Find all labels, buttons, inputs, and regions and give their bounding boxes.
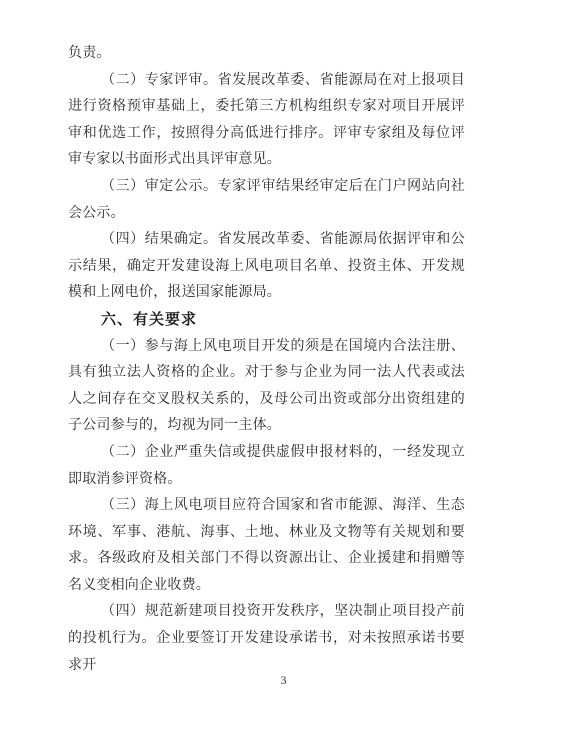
document-page: 负责。（二）专家评审。省发展改革委、省能源局在对上报项目进行资格预审基础上，委托… (0, 0, 567, 744)
paragraph: （三）海上风电项目应符合国家和省市能源、海洋、生态环境、军事、港航、海事、土地、… (68, 493, 465, 599)
paragraph: （一）参与海上风电项目开发的须是在国境内合法注册、具有独立法人资格的企业。对于参… (68, 334, 465, 440)
paragraph: （四）结果确定。省发展改革委、省能源局依据评审和公示结果，确定开发建设海上风电项… (68, 227, 465, 307)
document-body: 负责。（二）专家评审。省发展改革委、省能源局在对上报项目进行资格预审基础上，委托… (68, 41, 465, 679)
page-number: 3 (0, 673, 567, 688)
paragraph: （二）专家评审。省发展改革委、省能源局在对上报项目进行资格预审基础上，委托第三方… (68, 68, 465, 174)
paragraph: （三）审定公示。专家评审结果经审定后在门户网站向社会公示。 (68, 174, 465, 227)
section-heading: 六、有关要求 (68, 307, 465, 334)
paragraph: 负责。 (68, 41, 465, 68)
paragraph: （二）企业严重失信或提供虚假申报材料的，一经发现立即取消参评资格。 (68, 440, 465, 493)
paragraph: （四）规范新建项目投资开发秩序，坚决制止项目投产前的投机行为。企业要签订开发建设… (68, 599, 465, 679)
